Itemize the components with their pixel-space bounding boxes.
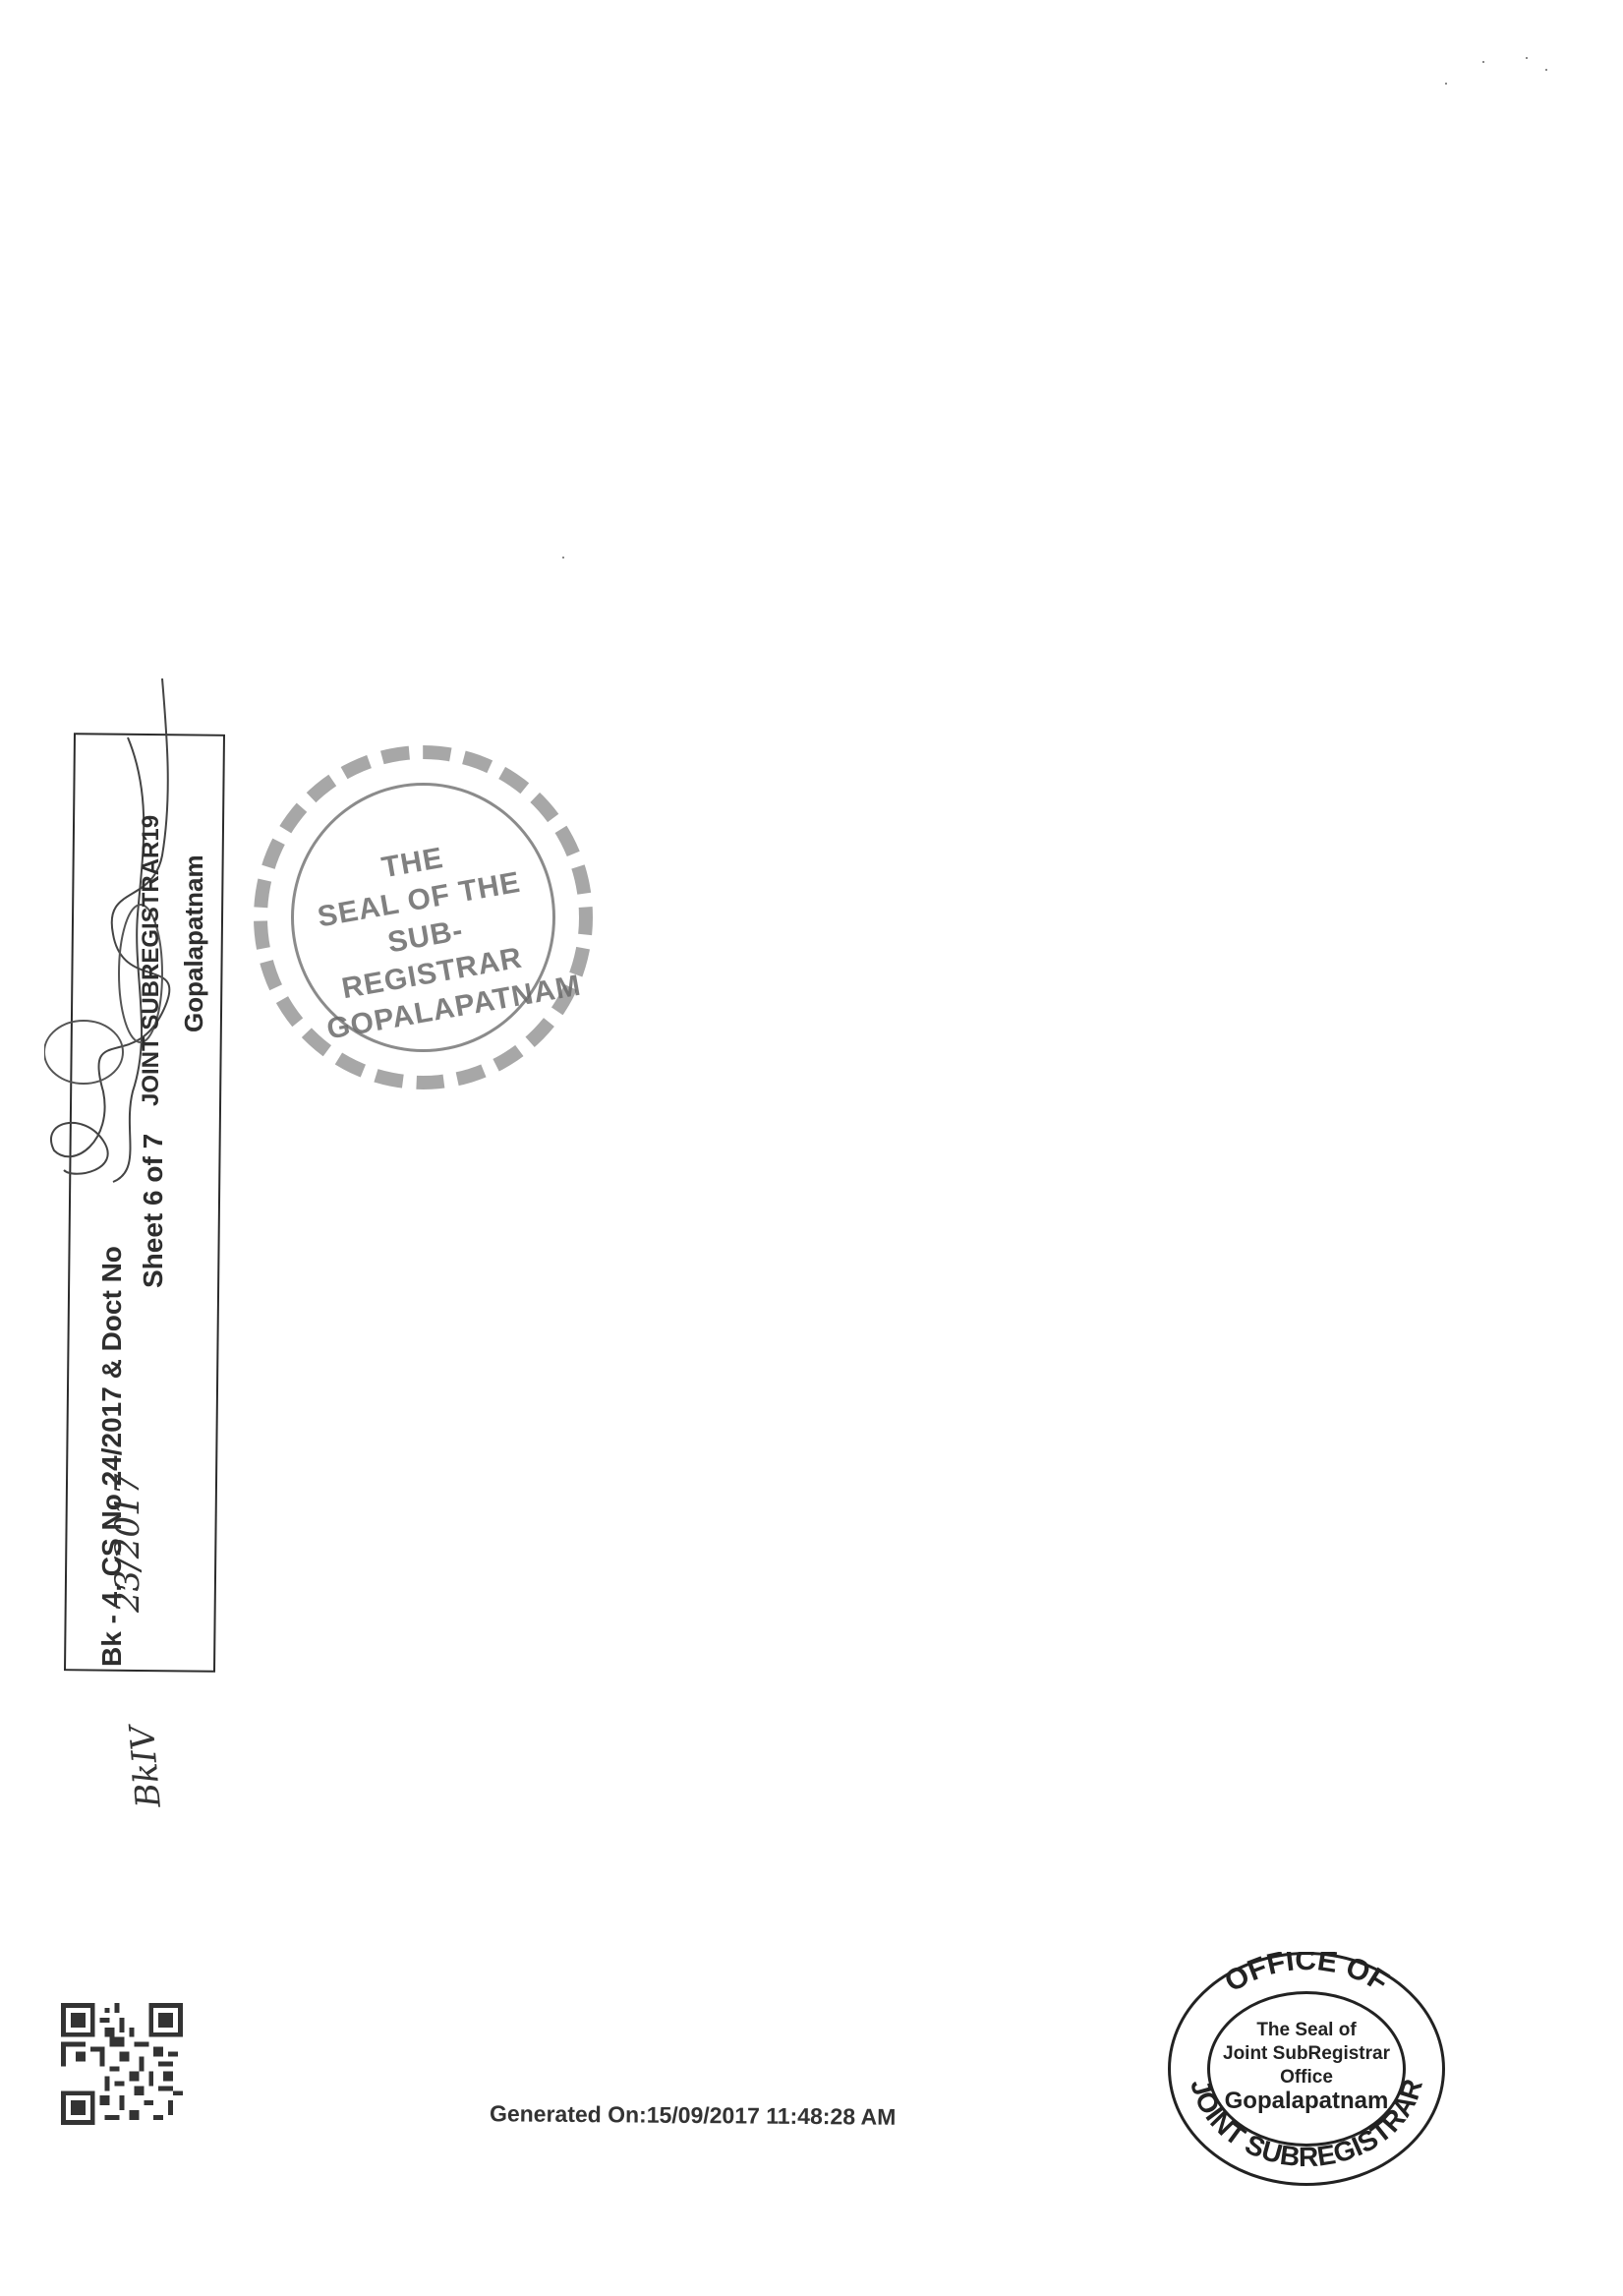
seal-line: The Seal of: [1197, 2019, 1416, 2042]
registrar-title-text: JOINT SUBREGISTRAR19: [138, 815, 165, 1106]
handwritten-doct-number: 23/2017: [108, 1474, 147, 1613]
handwritten-book-note: BkIV: [123, 1724, 169, 1809]
seal-text: THE SEAL OF THE SUB-REGISTRAR GOPALAPATN…: [298, 825, 552, 1048]
sub-registrar-round-seal: THE SEAL OF THE SUB-REGISTRAR GOPALAPATN…: [244, 736, 603, 1099]
generated-on-timestamp: Generated On:15/09/2017 11:48:28 AM: [490, 2100, 897, 2131]
scan-speck: [1482, 61, 1484, 63]
sheet-number-text: Sheet 6 of 7: [138, 1134, 169, 1288]
scan-speck: [562, 557, 564, 559]
seal-center-text: The Seal of Joint SubRegistrar Office Go…: [1197, 2019, 1416, 2113]
seal-line: Office: [1197, 2066, 1416, 2090]
registrar-place-text: Gopalapatnam: [179, 854, 209, 1032]
svg-text:OFFICE OF: OFFICE OF: [1219, 1952, 1394, 1999]
seal-line: Gopalapatnam: [1197, 2090, 1416, 2113]
seal-line: Joint SubRegistrar: [1197, 2042, 1416, 2066]
scan-speck: [1445, 83, 1447, 85]
scan-speck: [1526, 57, 1528, 59]
scan-speck: [1545, 69, 1547, 71]
joint-subregistrar-office-seal: OFFICE OF JOINT SUBREGISTRAR The Seal of…: [1168, 1952, 1445, 2186]
qr-code-icon: [61, 2003, 183, 2125]
